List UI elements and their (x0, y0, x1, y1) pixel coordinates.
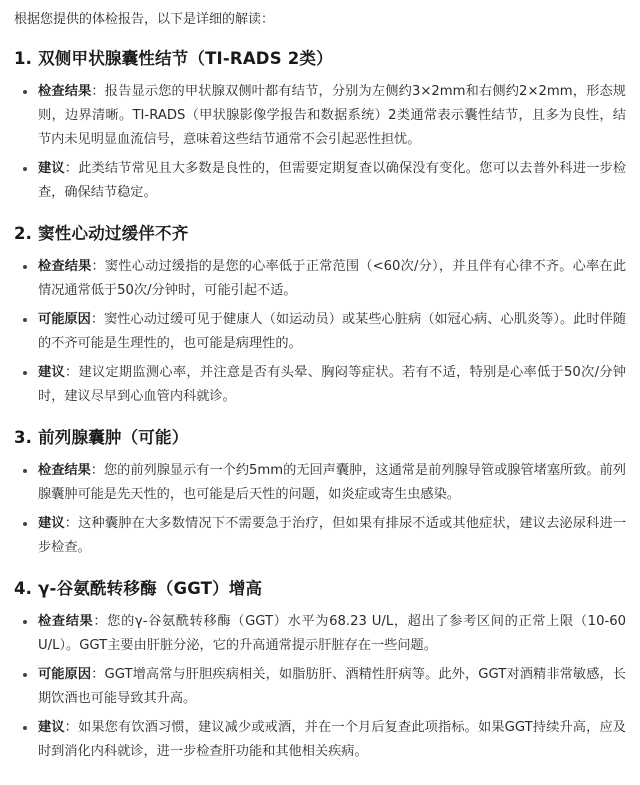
list-item: 建议：此类结节常见且大多数是良性的，但需要定期复查以确保没有变化。您可以去普外科… (38, 157, 626, 205)
intro-text: 根据您提供的体检报告，以下是详细的解读： (14, 10, 626, 30)
section-bullets: 检查结果：您的前列腺显示有一个约5mm的无回声囊肿，这通常是前列腺导管或腺管堵塞… (14, 459, 626, 560)
list-item: 建议：这种囊肿在大多数情况下不需要急于治疗，但如果有排尿不适或其他症状，建议去泌… (38, 512, 626, 560)
bullet-text: ：此类结节常见且大多数是良性的，但需要定期复查以确保没有变化。您可以去普外科进一… (38, 161, 626, 200)
list-item: 检查结果：窦性心动过缓指的是您的心率低于正常范围（<60次/分），并且伴有心律不… (38, 255, 626, 303)
bullet-text: ：GGT增高常与肝胆疾病相关，如脂肪肝、酒精性肝病等。此外，GGT对酒精非常敏感… (38, 667, 626, 706)
list-item: 可能原因：GGT增高常与肝胆疾病相关，如脂肪肝、酒精性肝病等。此外，GGT对酒精… (38, 663, 626, 711)
bullet-text: ：这种囊肿在大多数情况下不需要急于治疗，但如果有排尿不适或其他症状，建议去泌尿科… (38, 516, 626, 555)
list-item: 建议：如果您有饮酒习惯，建议减少或戒酒，并在一个月后复查此项指标。如果GGT持续… (38, 716, 626, 764)
bullet-label: 检查结果 (38, 463, 91, 478)
section-heading-sinus-bradycardia: 2. 窦性心动过缓伴不齐 (14, 223, 626, 245)
list-item: 检查结果：您的前列腺显示有一个约5mm的无回声囊肿，这通常是前列腺导管或腺管堵塞… (38, 459, 626, 507)
bullet-label: 检查结果 (38, 614, 93, 629)
section-bullets: 检查结果：窦性心动过缓指的是您的心率低于正常范围（<60次/分），并且伴有心律不… (14, 255, 626, 409)
bullet-label: 建议 (38, 365, 65, 380)
section-bullets: 检查结果：报告显示您的甲状腺双侧叶都有结节，分别为左侧约3×2mm和右侧约2×2… (14, 80, 626, 205)
bullet-text: ：建议定期监测心率，并注意是否有头晕、胸闷等症状。若有不适，特别是心率低于50次… (38, 365, 626, 404)
bullet-text: ：如果您有饮酒习惯，建议减少或戒酒，并在一个月后复查此项指标。如果GGT持续升高… (38, 720, 626, 759)
section-heading-thyroid-nodules: 1. 双侧甲状腺囊性结节（TI-RADS 2类） (14, 48, 626, 70)
bullet-label: 建议 (38, 161, 65, 176)
list-item: 检查结果：您的γ-谷氨酰转移酶（GGT）水平为68.23 U/L，超出了参考区间… (38, 610, 626, 658)
list-item: 检查结果：报告显示您的甲状腺双侧叶都有结节，分别为左侧约3×2mm和右侧约2×2… (38, 80, 626, 152)
section-heading-prostate-cyst: 3. 前列腺囊肿（可能） (14, 427, 626, 449)
section-bullets: 检查结果：您的γ-谷氨酰转移酶（GGT）水平为68.23 U/L，超出了参考区间… (14, 610, 626, 764)
section-heading-ggt-elevated: 4. γ-谷氨酰转移酶（GGT）增高 (14, 578, 626, 600)
bullet-text: ：您的γ-谷氨酰转移酶（GGT）水平为68.23 U/L，超出了参考区间的正常上… (38, 614, 626, 653)
list-item: 建议：建议定期监测心率，并注意是否有头晕、胸闷等症状。若有不适，特别是心率低于5… (38, 361, 626, 409)
bullet-text: ：窦性心动过缓可见于健康人（如运动员）或某些心脏病（如冠心病、心肌炎等）。此时伴… (38, 312, 626, 351)
bullet-text: ：窦性心动过缓指的是您的心率低于正常范围（<60次/分），并且伴有心律不齐。心率… (38, 259, 626, 298)
bullet-text: ：报告显示您的甲状腺双侧叶都有结节，分别为左侧约3×2mm和右侧约2×2mm，形… (38, 84, 626, 147)
medical-report-interpretation: 根据您提供的体检报告，以下是详细的解读： 1. 双侧甲状腺囊性结节（TI-RAD… (0, 0, 640, 785)
bullet-text: ：您的前列腺显示有一个约5mm的无回声囊肿，这通常是前列腺导管或腺管堵塞所致。前… (38, 463, 626, 502)
bullet-label: 可能原因 (38, 312, 91, 327)
bullet-label: 检查结果 (38, 84, 91, 99)
list-item: 可能原因：窦性心动过缓可见于健康人（如运动员）或某些心脏病（如冠心病、心肌炎等）… (38, 308, 626, 356)
bullet-label: 可能原因 (38, 667, 91, 682)
bullet-label: 建议 (38, 720, 65, 735)
bullet-label: 检查结果 (38, 259, 92, 274)
bullet-label: 建议 (38, 516, 65, 531)
